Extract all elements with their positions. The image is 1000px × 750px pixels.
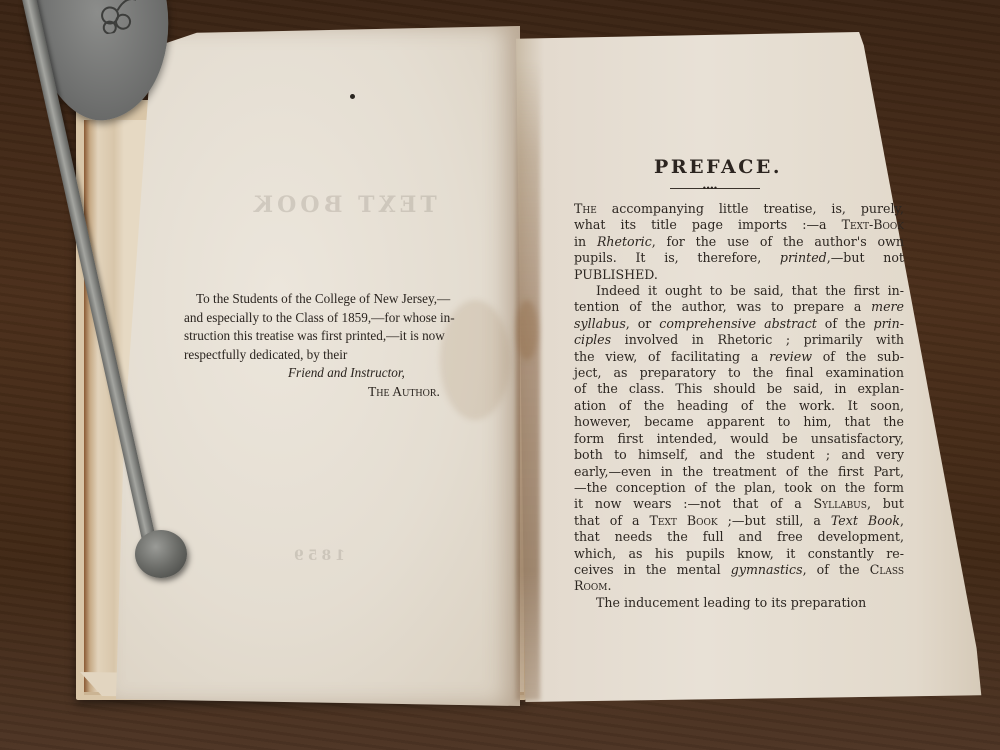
text-run: , [900, 513, 904, 528]
text-run: early,—even in the treatment of the firs… [574, 464, 904, 479]
preface-line: that needs the full and free development… [574, 529, 904, 545]
text-run: , of the [803, 562, 870, 577]
preface-line: syllabus, or comprehensive abstract of t… [574, 316, 904, 332]
rod-knob [135, 530, 187, 578]
preface-line: which, as his pupils know, it constantly… [574, 546, 904, 562]
italic-text: comprehensive abstract [659, 316, 817, 331]
text-run: the view, of facilitating a [574, 349, 769, 364]
text-run: it now wears :—not that of a [574, 496, 814, 511]
ink-speck [350, 94, 355, 99]
title-ornament: •••• [670, 186, 760, 192]
preface-line: ject, as preparatory to the final examin… [574, 365, 904, 381]
small-caps-text: Room. [574, 578, 611, 593]
text-run: ,—but not [827, 250, 904, 265]
preface-line: pupils. It is, therefore, printed,—but n… [574, 250, 904, 266]
text-run: form first intended, would be unsatisfac… [574, 431, 904, 446]
preface-line: The accompanying little treatise, is, pu… [574, 201, 904, 217]
text-run: what its title page imports :—a [574, 217, 842, 232]
italic-text: Rhetoric [597, 234, 652, 249]
preface-line: that of a Text Book ;—but still, a Text … [574, 513, 904, 529]
preface-line: of the class. This should be said, in ex… [574, 381, 904, 397]
text-run: involved in Rhetoric ; primarily with [611, 332, 904, 347]
signature-line-1: Friend and Instructor, [184, 364, 470, 383]
preface-line: PUBLISHED. [574, 267, 904, 283]
page-title: PREFACE. [648, 156, 788, 178]
small-caps-text: Class [870, 562, 904, 577]
text-run: The inducement leading to its preparatio… [596, 595, 866, 610]
preface-line: what its title page imports :—a Text-Boo… [574, 217, 904, 233]
italic-text: mere [871, 299, 904, 314]
text-run: tention of the author, was to prepare a [574, 299, 871, 314]
text-run: ;—but still, a [718, 513, 831, 528]
preface-line: it now wears :—not that of a Syllabus, b… [574, 496, 904, 512]
italic-text: review [769, 349, 812, 364]
italic-text: Text Book [831, 513, 900, 528]
dedication-line: and especially to the Class of 1859,—for… [184, 309, 470, 328]
italic-text: syllabus [574, 316, 626, 331]
text-run: in [574, 234, 597, 249]
text-run: that needs the full and free development… [574, 529, 904, 544]
text-run: both to himself, and the student ; and v… [574, 447, 904, 462]
italic-text: ciples [574, 332, 611, 347]
preface-line: tention of the author, was to prepare a … [574, 299, 904, 315]
small-caps-text: The [574, 201, 597, 216]
small-caps-text: Syllabus [814, 496, 867, 511]
preface-line: ceives in the mental gymnastics, of the … [574, 562, 904, 578]
text-run: pupils. It is, therefore, [574, 250, 780, 265]
preface-line: The inducement leading to its preparatio… [574, 595, 904, 611]
small-caps-text: Text-Book [842, 217, 904, 232]
signature-author: The Author. [184, 383, 470, 402]
bleed-through-title: TEXT BOOK [250, 192, 437, 218]
preface-line: form first intended, would be unsatisfac… [574, 431, 904, 447]
preface-line: ciples involved in Rhetoric ; primarily … [574, 332, 904, 348]
preface-body: The accompanying little treatise, is, pu… [574, 201, 904, 611]
text-run: of the sub- [812, 349, 904, 364]
text-run: of the class. This should be said, in ex… [574, 381, 904, 396]
gutter-water-stain [516, 60, 540, 700]
preface-line: —the conception of the plan, took on the… [574, 480, 904, 496]
text-run: which, as his pupils know, it constantly… [574, 546, 904, 561]
dedication-line: struction this treatise was first printe… [184, 327, 470, 346]
text-run: that of a [574, 513, 650, 528]
text-run: , but [867, 496, 904, 511]
dedication-line: To the Students of the College of New Je… [184, 290, 470, 309]
small-caps-text: Text Book [650, 513, 718, 528]
text-run: —the conception of the plan, took on the… [574, 480, 904, 495]
text-run: of the [817, 316, 874, 331]
floral-engraving-icon [95, 0, 150, 35]
text-run: Indeed it ought to be said, that the fir… [596, 283, 904, 298]
italic-text: gymnastics [731, 562, 803, 577]
text-run: ation of the heading of the work. It soo… [574, 398, 904, 413]
preface-line: however, became apparent to him, that th… [574, 414, 904, 430]
text-run: ject, as preparatory to the final examin… [574, 365, 904, 380]
text-run: ceives in the mental [574, 562, 731, 577]
dedication-line: respectfully dedicated, by their [184, 346, 470, 365]
text-run: , for the use of the author's own [652, 234, 904, 249]
water-stain [516, 300, 538, 360]
preface-line: ation of the heading of the work. It soo… [574, 398, 904, 414]
preface-line: the view, of facilitating a review of th… [574, 349, 904, 365]
ornament-dots: •••• [702, 186, 717, 192]
italic-text: printed [780, 250, 827, 265]
text-run: accompanying little treatise, is, purely… [597, 201, 904, 216]
preface-line: in Rhetoric, for the use of the author's… [574, 234, 904, 250]
small-caps-text: PUBLISHED. [574, 267, 658, 282]
preface-line: Indeed it ought to be said, that the fir… [574, 283, 904, 299]
text-run: , or [626, 316, 660, 331]
preface-line: early,—even in the treatment of the firs… [574, 464, 904, 480]
preface-line: both to himself, and the student ; and v… [574, 447, 904, 463]
bleed-through-year: 1859 [290, 548, 345, 564]
dedication: To the Students of the College of New Je… [184, 290, 470, 402]
italic-text: prin- [874, 316, 904, 331]
preface-line: Room. [574, 578, 904, 594]
text-run: however, became apparent to him, that th… [574, 414, 904, 429]
